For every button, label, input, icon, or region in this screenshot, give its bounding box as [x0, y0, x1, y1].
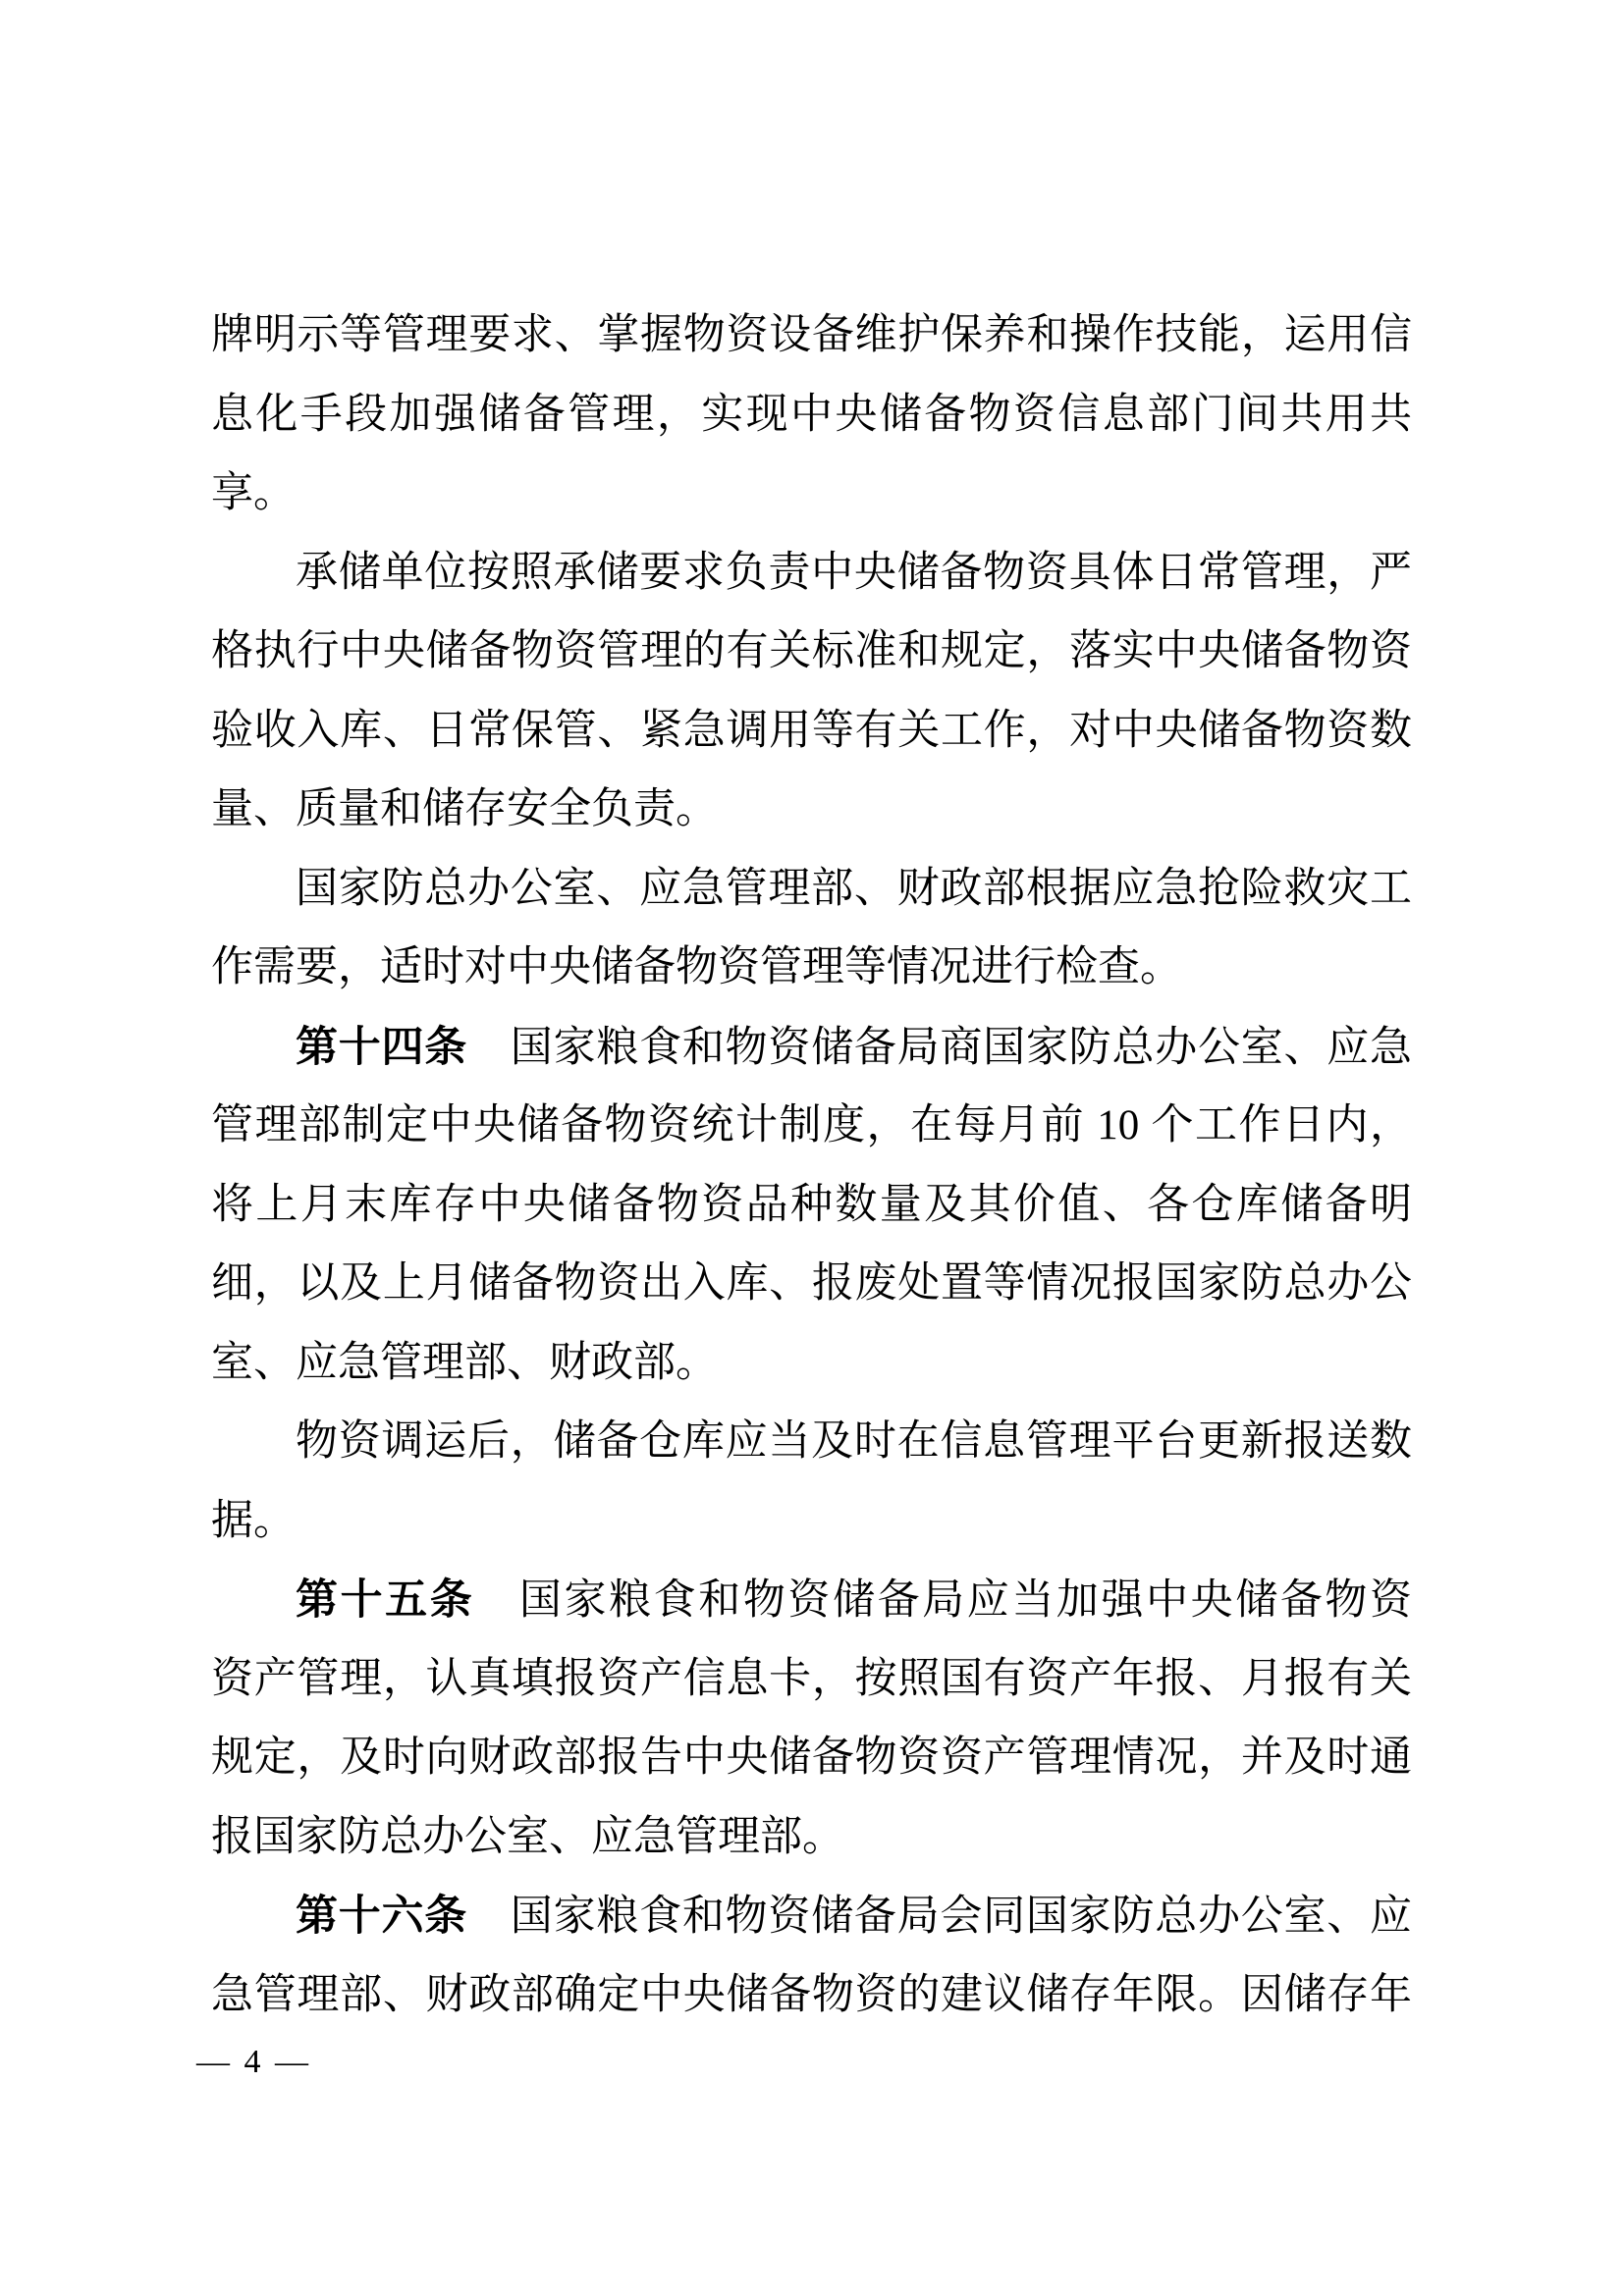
text-line: 资产管理，认真填报资产信息卡，按照国有资产年报、月报有关 — [211, 1640, 1412, 1720]
text-line: 急管理部、财政部确定中央储备物资的建议储存年限。因储存年 — [211, 1956, 1412, 2036]
text-line: 管理部制定中央储备物资统计制度，在每月前 10 个工作日内， — [211, 1087, 1412, 1166]
text-line: 报国家防总办公室、应急管理部。 — [211, 1798, 1412, 1878]
text-line: 息化手段加强储备管理，实现中央储备物资信息部门间共用共 — [211, 376, 1412, 455]
text-line: 规定，及时向财政部报告中央储备物资资产管理情况，并及时通 — [211, 1719, 1412, 1798]
text-line: 室、应急管理部、财政部。 — [211, 1324, 1412, 1404]
article-number: 第十六条 — [296, 1893, 467, 1940]
text-line: 承储单位按照承储要求负责中央储备物资具体日常管理，严 — [211, 534, 1412, 614]
article-text: 国家粮食和物资储备局应当加强中央储备物资 — [516, 1577, 1412, 1624]
text-line: 将上月末库存中央储备物资品种数量及其价值、各仓库储备明 — [211, 1166, 1412, 1246]
text-line: 细，以及上月储备物资出入库、报废处置等情况报国家防总办公 — [211, 1245, 1412, 1324]
text-line: 量、质量和储存安全负责。 — [211, 771, 1412, 850]
text-line: 作需要，适时对中央储备物资管理等情况进行检查。 — [211, 929, 1412, 1008]
paragraph: 牌明示等管理要求、掌握物资设备维护保养和操作技能，运用信 息化手段加强储备管理，… — [211, 296, 1412, 534]
text-line: 物资调运后，储备仓库应当及时在信息管理平台更新报送数 — [211, 1403, 1412, 1482]
document-page: { "page": { "background": "#ffffff", "te… — [0, 0, 1624, 2296]
text-line: 国家防总办公室、应急管理部、财政部根据应急抢险救灾工 — [211, 850, 1412, 930]
text-line: 据。 — [211, 1482, 1412, 1562]
text-line: 验收入库、日常保管、紧急调用等有关工作，对中央储备物资数 — [211, 692, 1412, 772]
paragraph-article-14: 第十四条国家粮食和物资储备局商国家防总办公室、应急 管理部制定中央储备物资统计制… — [211, 1008, 1412, 1404]
text-line: 第十五条国家粮食和物资储备局应当加强中央储备物资 — [211, 1561, 1412, 1640]
document-body: 牌明示等管理要求、掌握物资设备维护保养和操作技能，运用信 息化手段加强储备管理，… — [211, 296, 1412, 2035]
paragraph-article-16: 第十六条国家粮食和物资储备局会同国家防总办公室、应 急管理部、财政部确定中央储备… — [211, 1877, 1412, 2035]
paragraph: 国家防总办公室、应急管理部、财政部根据应急抢险救灾工 作需要，适时对中央储备物资… — [211, 850, 1412, 1008]
paragraph-article-15: 第十五条国家粮食和物资储备局应当加强中央储备物资 资产管理，认真填报资产信息卡，… — [211, 1561, 1412, 1877]
article-number: 第十五条 — [296, 1576, 474, 1624]
page: 牌明示等管理要求、掌握物资设备维护保养和操作技能，运用信 息化手段加强储备管理，… — [0, 0, 1624, 2296]
text-line: 享。 — [211, 454, 1412, 534]
paragraph: 承储单位按照承储要求负责中央储备物资具体日常管理，严 格执行中央储备物资管理的有… — [211, 534, 1412, 850]
paragraph: 物资调运后，储备仓库应当及时在信息管理平台更新报送数 据。 — [211, 1403, 1412, 1561]
article-text: 国家粮食和物资储备局商国家防总办公室、应急 — [510, 1025, 1412, 1071]
text-line: 格执行中央储备物资管理的有关标准和规定，落实中央储备物资 — [211, 613, 1412, 692]
text-line: 第十六条国家粮食和物资储备局会同国家防总办公室、应 — [211, 1877, 1412, 1956]
page-number: — 4 — — [196, 2042, 308, 2083]
text-line: 牌明示等管理要求、掌握物资设备维护保养和操作技能，运用信 — [211, 296, 1412, 376]
article-number: 第十四条 — [296, 1024, 467, 1071]
text-line: 第十四条国家粮食和物资储备局商国家防总办公室、应急 — [211, 1008, 1412, 1088]
article-text: 国家粮食和物资储备局会同国家防总办公室、应 — [510, 1894, 1412, 1940]
